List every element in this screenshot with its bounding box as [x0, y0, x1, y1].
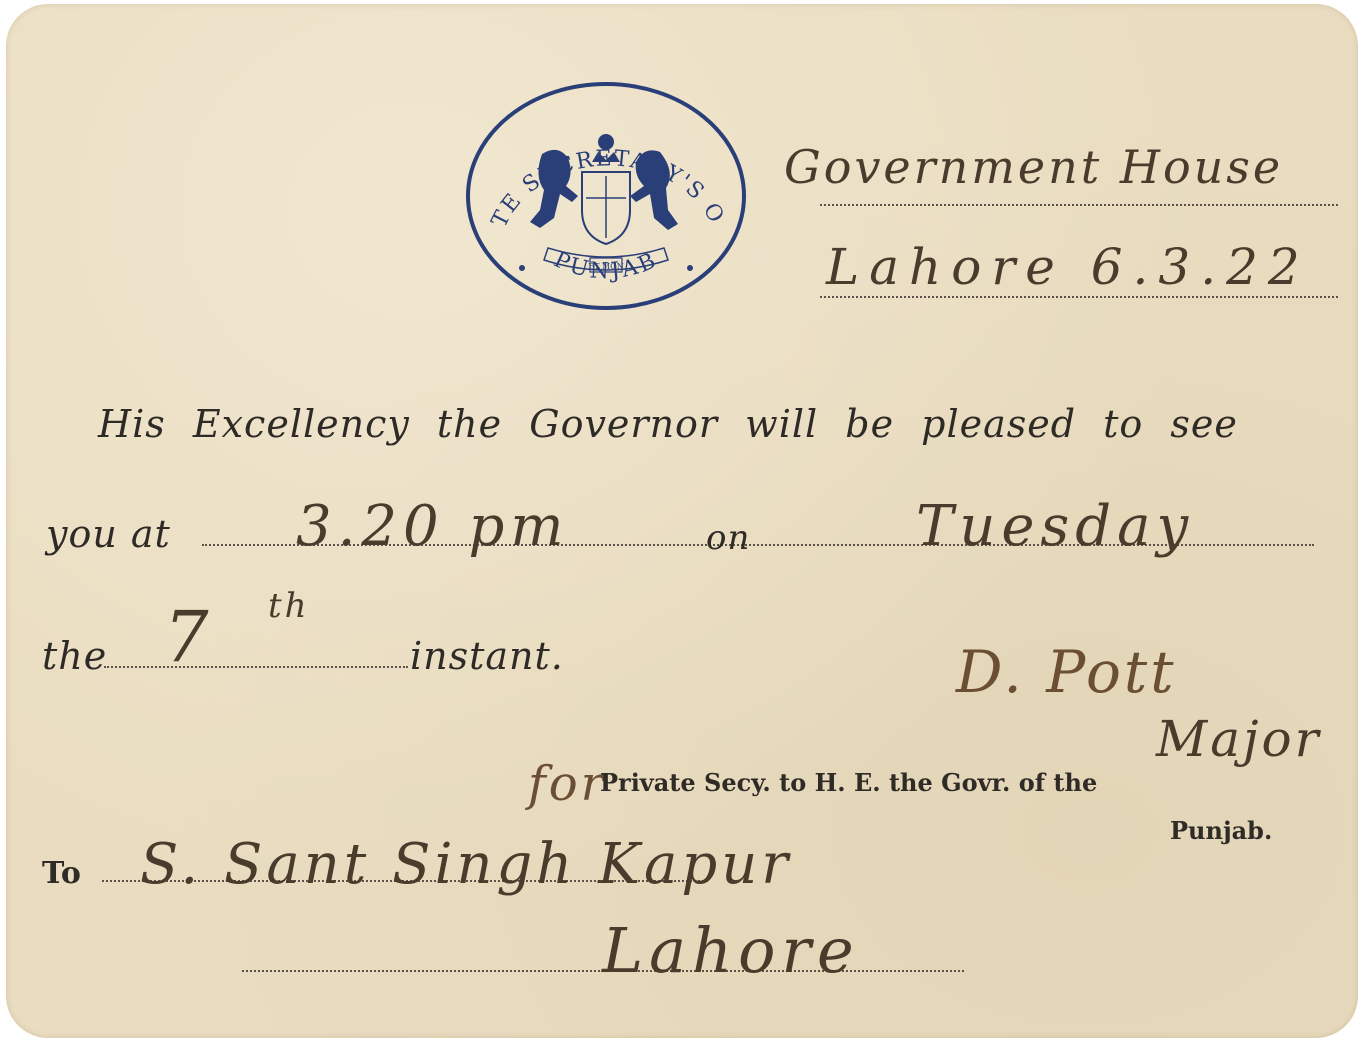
recipient-name: S. Sant Singh Kapur — [140, 832, 792, 897]
private-secretary-office-stamp: PRIVATE SECRETARY'S OFFICE PUNJAB ET MON — [464, 80, 748, 312]
place-line: Government House — [784, 140, 1283, 194]
day-value: Tuesday — [916, 494, 1194, 559]
place-dotted-line — [820, 204, 1338, 206]
on-label: on — [706, 518, 750, 558]
for-label: for — [528, 756, 607, 812]
svg-text:ET MON: ET MON — [588, 262, 623, 271]
the-label: the — [42, 634, 107, 678]
you-at-label: you at — [46, 512, 171, 556]
printed-title-line2: Punjab. — [1170, 816, 1272, 845]
date-dotted-line — [104, 666, 408, 668]
time-value: 3.20 pm — [296, 494, 569, 559]
instant-label: instant. — [410, 634, 564, 678]
signature-rank: Major — [1156, 710, 1322, 768]
appointment-card: PRIVATE SECRETARY'S OFFICE PUNJAB ET MON — [6, 4, 1358, 1038]
recipient-city: Lahore — [602, 914, 860, 987]
coat-of-arms-stamp-icon: PRIVATE SECRETARY'S OFFICE PUNJAB ET MON — [464, 80, 748, 312]
city-date-dotted-line — [820, 296, 1338, 298]
date-value: 7 — [164, 596, 212, 678]
date-suffix: th — [268, 586, 310, 626]
printed-title-line1: Private Secy. to H. E. the Govr. of the — [600, 768, 1097, 797]
city-date-line: Lahore 6.3.22 — [826, 238, 1310, 296]
to-label: To — [42, 856, 81, 891]
signature-name: D. Pott — [956, 638, 1177, 706]
invitation-text-line1: His Excellency the Governor will be plea… — [98, 402, 1238, 446]
